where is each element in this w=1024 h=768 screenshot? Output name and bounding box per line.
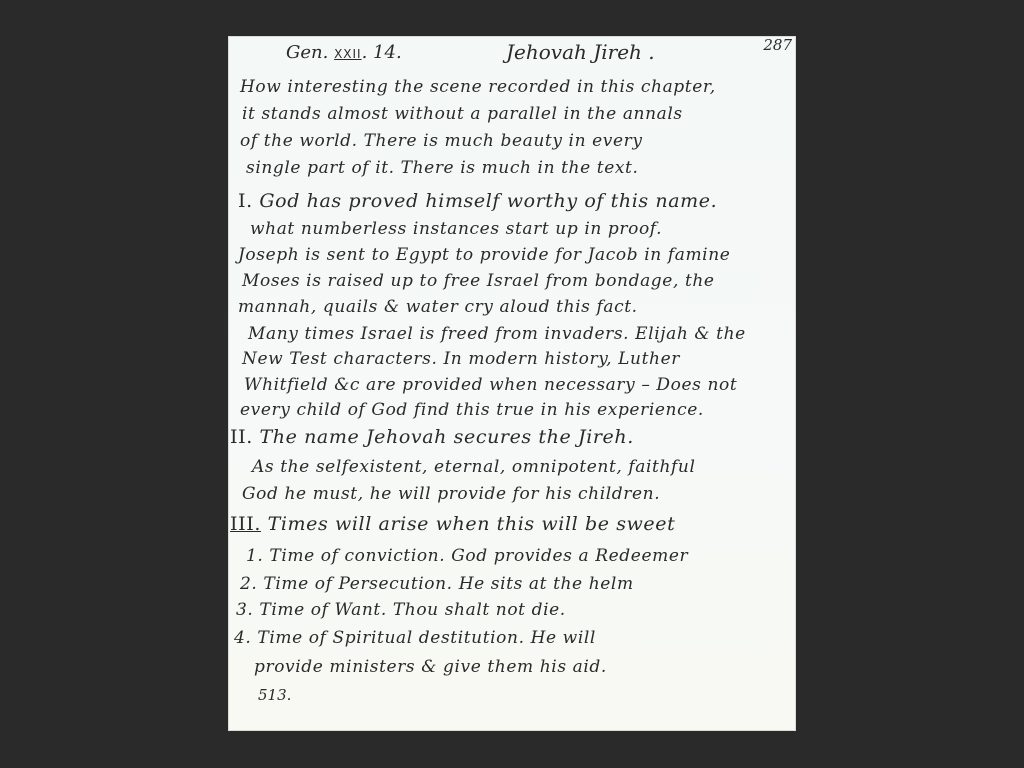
section-1-heading: I. God has proved himself worthy of this…	[238, 190, 717, 212]
section-1-line: what numberless instances start up in pr…	[250, 218, 662, 240]
section-3-item: 3. Time of Want. Thou shalt not die.	[236, 599, 566, 621]
section-1-line: Moses is raised up to free Israel from b…	[242, 270, 715, 292]
section-2-heading: II. The name Jehovah secures the Jireh.	[230, 426, 634, 448]
intro-line: single part of it. There is much in the …	[246, 157, 638, 179]
section-1-line: Many times Israel is freed from invaders…	[248, 323, 746, 345]
section-3-item: 2. Time of Persecution. He sits at the h…	[240, 573, 634, 595]
section-3-item: provide ministers & give them his aid.	[254, 656, 607, 678]
page-number: 287	[763, 36, 792, 54]
scripture-verse: . 14.	[362, 42, 402, 63]
scripture-chapter: XXII	[334, 47, 362, 61]
section-2-title: The name Jehovah secures the Jireh.	[253, 426, 634, 448]
section-1-line: Joseph is sent to Egypt to provide for J…	[238, 244, 730, 266]
section-3-item: 4. Time of Spiritual destitution. He wil…	[234, 627, 596, 649]
section-1-line: mannah, quails & water cry aloud this fa…	[238, 296, 638, 318]
manuscript-page: Gen. XXII. 14. Jehovah Jireh . 287 How i…	[228, 36, 796, 731]
intro-line: of the world. There is much beauty in ev…	[240, 130, 643, 152]
intro-line: How interesting the scene recorded in th…	[240, 76, 716, 98]
scripture-reference: Gen. XXII. 14.	[286, 42, 402, 63]
section-3-heading: III. Times will arise when this will be …	[230, 513, 675, 535]
footer-number: 513.	[258, 686, 291, 704]
viewer-stage: Gen. XXII. 14. Jehovah Jireh . 287 How i…	[0, 0, 1024, 768]
section-1-number: I.	[238, 190, 253, 212]
section-1-line: New Test characters. In modern history, …	[242, 348, 680, 370]
section-3-number: III.	[230, 513, 261, 535]
section-3-title: Times will arise when this will be sweet	[261, 513, 675, 535]
section-1-line: every child of God find this true in his…	[240, 399, 704, 421]
scripture-book: Gen.	[286, 42, 334, 63]
page-header: Gen. XXII. 14. Jehovah Jireh . 287	[228, 38, 796, 68]
section-1-line: Whitfield &c are provided when necessary…	[244, 374, 737, 396]
section-2-line: God he must, he will provide for his chi…	[242, 483, 660, 505]
section-1-title: God has proved himself worthy of this na…	[253, 190, 718, 212]
intro-line: it stands almost without a parallel in t…	[242, 103, 683, 125]
section-2-number: II.	[230, 426, 253, 448]
section-3-item: 1. Time of conviction. God provides a Re…	[246, 545, 688, 567]
section-2-line: As the selfexistent, eternal, omnipotent…	[252, 456, 696, 478]
page-title: Jehovah Jireh .	[506, 40, 655, 64]
